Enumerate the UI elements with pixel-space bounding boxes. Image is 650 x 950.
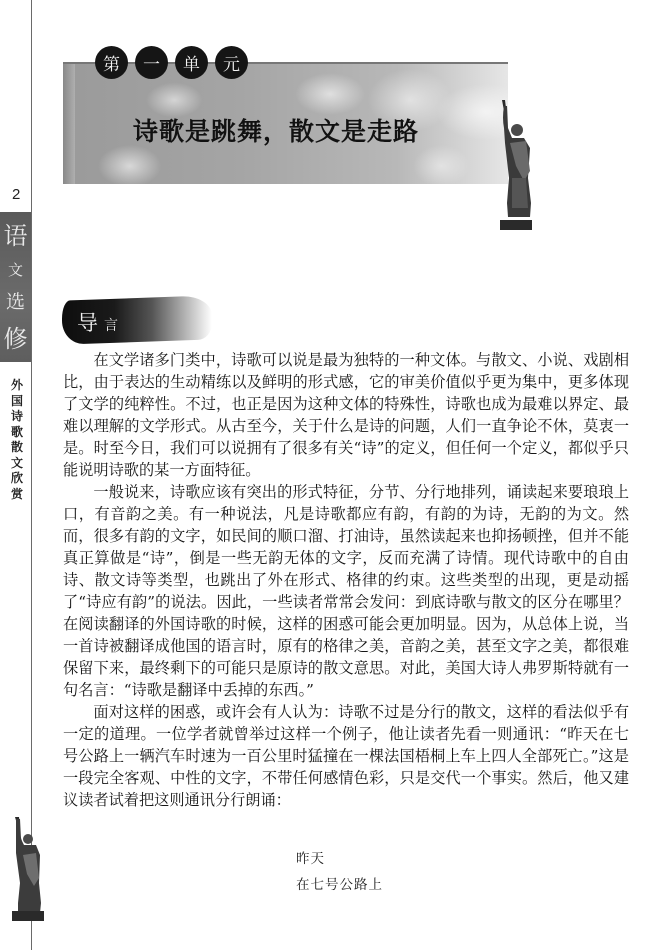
intro-heading-small: 言 — [104, 315, 118, 335]
intro-heading-big: 导 — [77, 307, 98, 337]
book-subtitle: 外国诗歌散文欣赏 — [9, 378, 25, 502]
statue-icon — [490, 98, 540, 233]
poem-excerpt: 昨天 在七号公路上 — [296, 846, 383, 898]
body-text: 在文学诸多门类中，诗歌可以说是最为独特的一种文体。与散文、小说、戏剧相比，由于表… — [63, 349, 629, 811]
poem-line: 昨天 — [296, 846, 383, 872]
unit-label-char: 单 — [175, 46, 208, 79]
series-tab: 语 文 选 修 — [0, 212, 31, 362]
unit-title: 诗歌是跳舞，散文是走路 — [133, 112, 419, 148]
series-char: 语 — [4, 224, 28, 248]
series-char: 修 — [4, 327, 28, 351]
intro-heading: 导 言 — [77, 307, 118, 337]
paragraph: 一般说来，诗歌应该有突出的形式特征，分节、分行地排列，诵读起来要琅琅上口，有音韵… — [63, 481, 629, 701]
paragraph: 面对这样的困惑，或许会有人认为：诗歌不过是分行的散文，这样的看法似乎有一定的道理… — [63, 701, 629, 811]
series-char: 选 — [6, 293, 25, 312]
paragraph: 在文学诸多门类中，诗歌可以说是最为独特的一种文体。与散文、小说、戏剧相比，由于表… — [63, 349, 629, 481]
unit-label-char: 元 — [215, 46, 248, 79]
statue-icon — [6, 815, 51, 925]
unit-label: 第 一 单 元 — [95, 46, 248, 79]
margin-rule — [31, 0, 32, 950]
unit-label-char: 第 — [95, 46, 128, 79]
poem-line: 在七号公路上 — [296, 872, 383, 898]
series-char: 文 — [8, 263, 23, 278]
page-number: 2 — [12, 186, 20, 203]
unit-label-char: 一 — [135, 46, 168, 79]
